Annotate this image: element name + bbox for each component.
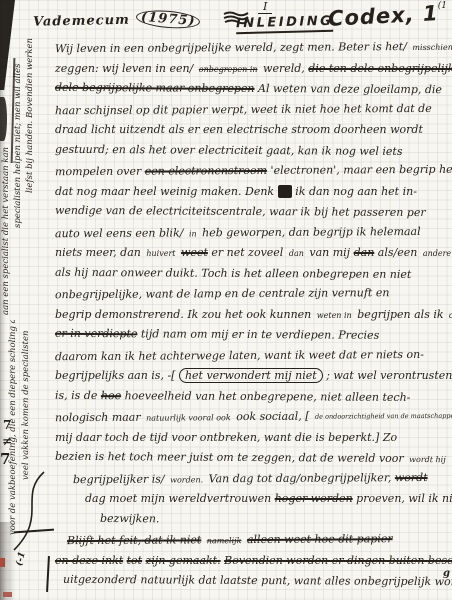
page-number-mark: (1 [438,1,447,11]
text-segment-box: het verwondert mij niet [179,368,323,383]
manuscript-line: wendige van de electriciteitscentrale, w… [55,201,449,224]
manuscript-line: daarom kan ik het achterwege laten, want… [55,344,449,367]
text-segment: gestuurd; en als het over electriciteit … [55,142,403,157]
text-segment-sup: in [189,229,197,238]
stray-pen-line [4,468,50,558]
manuscript-line: onbegrijpelijke, want de lamp en de cent… [55,283,449,306]
text-segment-strike: tot [127,554,142,567]
text-segment: hoeveelheid van het onbegrepene, niet al… [125,389,411,404]
text-segment: haar schijnsel op dit papier werpt, weet… [55,101,432,116]
margin-note: aan een specialist die het verstaan kan [1,90,11,315]
margin-note: veel vakken komen de specialisten [21,312,31,480]
text-segment: bezwijken. [100,511,160,524]
bracket-stroke [46,556,49,592]
manuscript-line: zeggen: wij leven in een/ onbegrepen in … [55,59,449,80]
text-segment: bezien is het toch meer juist om te zegg… [55,450,404,465]
text-segment-supstrike: namelijk [207,536,242,545]
margin-mark: ≠ [2,434,12,448]
text-segment: onbegrijpelijke, want de lamp en de cent… [55,286,389,301]
manuscript-line: Wij leven in een onbegrijpelijke wereld,… [55,37,449,60]
text-segment: tijd nam om mij er in te verdiepen. Prec… [141,327,379,341]
text-segment-strike: en deze inkt [55,554,123,567]
manuscript-line: begrip demonstrerend. Ik zou het ook kun… [55,305,449,326]
text-segment-sup: misschien [412,43,452,52]
text-segment-strike: weet [181,246,208,259]
text-segment-strike: alleen weet hoe dit papier [247,532,393,546]
manuscript-body: Wij leven in een onbegrijpelijke wereld,… [55,38,449,592]
manuscript-line: dat nog maar heel weinig maken. Denk ik … [55,182,449,203]
text-segment: dag moet mijn wereldvertrouwen [85,492,271,505]
text-segment: ; wat wel verontrustend [326,369,452,382]
red-bottom-mark [3,592,12,597]
text-segment-strike: zijn gemaakt. [146,554,221,567]
manuscript-line: mij daar toch de tijd voor ontbreken, wa… [55,428,449,449]
text-segment: Al weten van deze gloeilamp, die [258,82,442,96]
text-segment: Wij leven in een onbegrijpelijke wereld,… [55,40,407,55]
text-segment-strike: dan [354,246,375,259]
margin-mark: 7 [3,418,11,432]
manuscript-line: begrijpelijks aan is, -[ het verwondert … [55,366,449,387]
text-segment-sup: andere [423,249,451,258]
chapter-numeral: I [258,0,272,14]
text-segment: 'electronen', maar een begrip heeft [270,163,452,177]
manuscript-line: nologisch maar natuurlijk vooral ook ook… [55,406,449,429]
text-segment-sup: huivert [146,249,175,258]
text-segment: begrijpelijker is/ [73,472,165,486]
manuscript-line: dele begrijpelijke maar onbegrepen Al we… [55,78,449,101]
codex-label: Codex, 1 [327,1,439,31]
year-circled: (1975) [135,8,201,30]
text-segment-sup: natuurlijk vooral ook [146,413,231,423]
text-segment: ook sociaal, [ [236,410,309,423]
manuscript-line: bezwijken. [100,508,449,531]
text-segment-strike: hoe [101,389,121,402]
page-title: INLEIDING [236,14,334,35]
manuscript-page: Vademecum(1975) I INLEIDING Codex, 1 (1 … [0,0,452,600]
text-segment: wereld, [263,62,305,75]
text-segment: nologisch maar [55,411,141,425]
manuscript-line: niets meer, dan huivert weet er net zove… [55,243,449,264]
manuscript-line: haar schijnsel op dit papier werpt, weet… [55,98,449,121]
text-segment: wendige van de electriciteitscentrale, w… [55,204,426,219]
text-segment: auto wel eens een blik/ [55,226,183,240]
manuscript-line: begrijpelijker is/ worden. Van dag tot d… [73,467,449,490]
text-segment: draad licht uitzendt als er een electris… [55,123,423,136]
text-segment: mompelen over [55,165,141,179]
text-segment: als hij naar onweer duikt. Toch is het a… [55,265,411,280]
text-segment: begrijpelijks aan is, -[ [55,369,175,382]
margin-note: liefst bij handen. Bovendien werken [25,28,35,193]
manuscript-line: en deze inkt tot zijn gemaakt. Bovendien… [55,551,449,572]
manuscript-line: draad licht uitzendt als er een electris… [55,120,449,141]
text-segment-blot: ik [278,185,292,198]
manuscript-line: als hij naar onweer duikt. Toch is het a… [55,262,449,285]
text-segment-strike: Blijft het feit, dat ik niet [67,533,201,547]
text-segment-tinysup: de ondoorzichtigheid van de maatschappel… [315,411,452,420]
text-segment-strike: dele begrijpelijke maar onbegrepen [55,81,255,95]
text-segment: uitgezonderd natuurlijk dat laatste punt… [63,573,452,588]
margin-mark: g [443,568,450,579]
text-segment-strike: wordt [395,470,428,483]
manuscript-line: dag moet mijn wereldvertrouwen hoger wor… [85,489,449,510]
author-scrawl: Vademecum(1975) [33,10,201,31]
text-segment: heb geworpen, dan begrijp ik helemaal [202,224,421,238]
text-segment-strike: er in verdiepte [55,327,137,341]
text-segment: begrijpen als ik [357,308,443,321]
text-segment: is, is de [55,388,97,401]
text-segment: zeggen: wij leven in een/ [55,62,193,75]
text-segment: mij daar toch de tijd voor ontbreken, wa… [55,431,397,444]
text-segment: daarom kan ik het achterwege laten, want… [55,347,424,362]
text-segment-strike: hoger worden [275,492,353,505]
text-segment: niets meer, dan [55,246,141,259]
text-segment: ik dan nog aan het in- [295,185,417,198]
text-segment-supstrike: onbegrepen in [199,65,258,74]
author-name: Vademecum [33,13,130,30]
text-segment-strike: die ten dele onbegrijpelijk is, en ten [308,62,452,75]
text-segment-strike: een electronenstroom [145,164,267,178]
manuscript-line: bezien is het toch meer juist om te zegg… [55,447,449,470]
text-segment-sup: dan [289,249,304,258]
manuscript-line: er in verdiepte tijd nam om mij er in te… [55,324,449,347]
manuscript-line: Blijft het feit, dat ik niet namelijk al… [67,529,449,552]
text-segment: van mij [309,246,350,259]
text-segment-sup: weten in [317,311,352,320]
text-segment: proeven, wil ik niet [356,492,452,505]
manuscript-line: auto wel eens een blik/ in heb geworpen,… [55,221,449,244]
manuscript-line: gestuurd; en als het over electriciteit … [55,139,449,162]
red-edge-mark [0,558,5,567]
text-segment-sup: wordt hij [409,455,446,464]
text-segment: er net zoveel [211,246,283,259]
text-segment: begrip demonstrerend. Ik zou het ook kun… [55,308,311,321]
text-segment-strike: Bovendien worden er dingen buiten bescho… [224,554,452,567]
text-segment: Van dag tot dag/onbegrijpelijker, [209,471,392,485]
margin-mark: 7 [0,450,10,468]
text-segment-sup: worden. [170,475,203,484]
text-segment: dat nog maar heel weinig maken. Denk [55,185,274,198]
text-segment: als/een [378,246,418,259]
manuscript-line: uitgezonderd natuurlijk dat laatste punt… [63,570,449,593]
manuscript-line: is, is de hoe hoeveelheid van het onbegr… [55,385,449,408]
manuscript-line: mompelen over een electronenstroom 'elec… [55,160,449,183]
